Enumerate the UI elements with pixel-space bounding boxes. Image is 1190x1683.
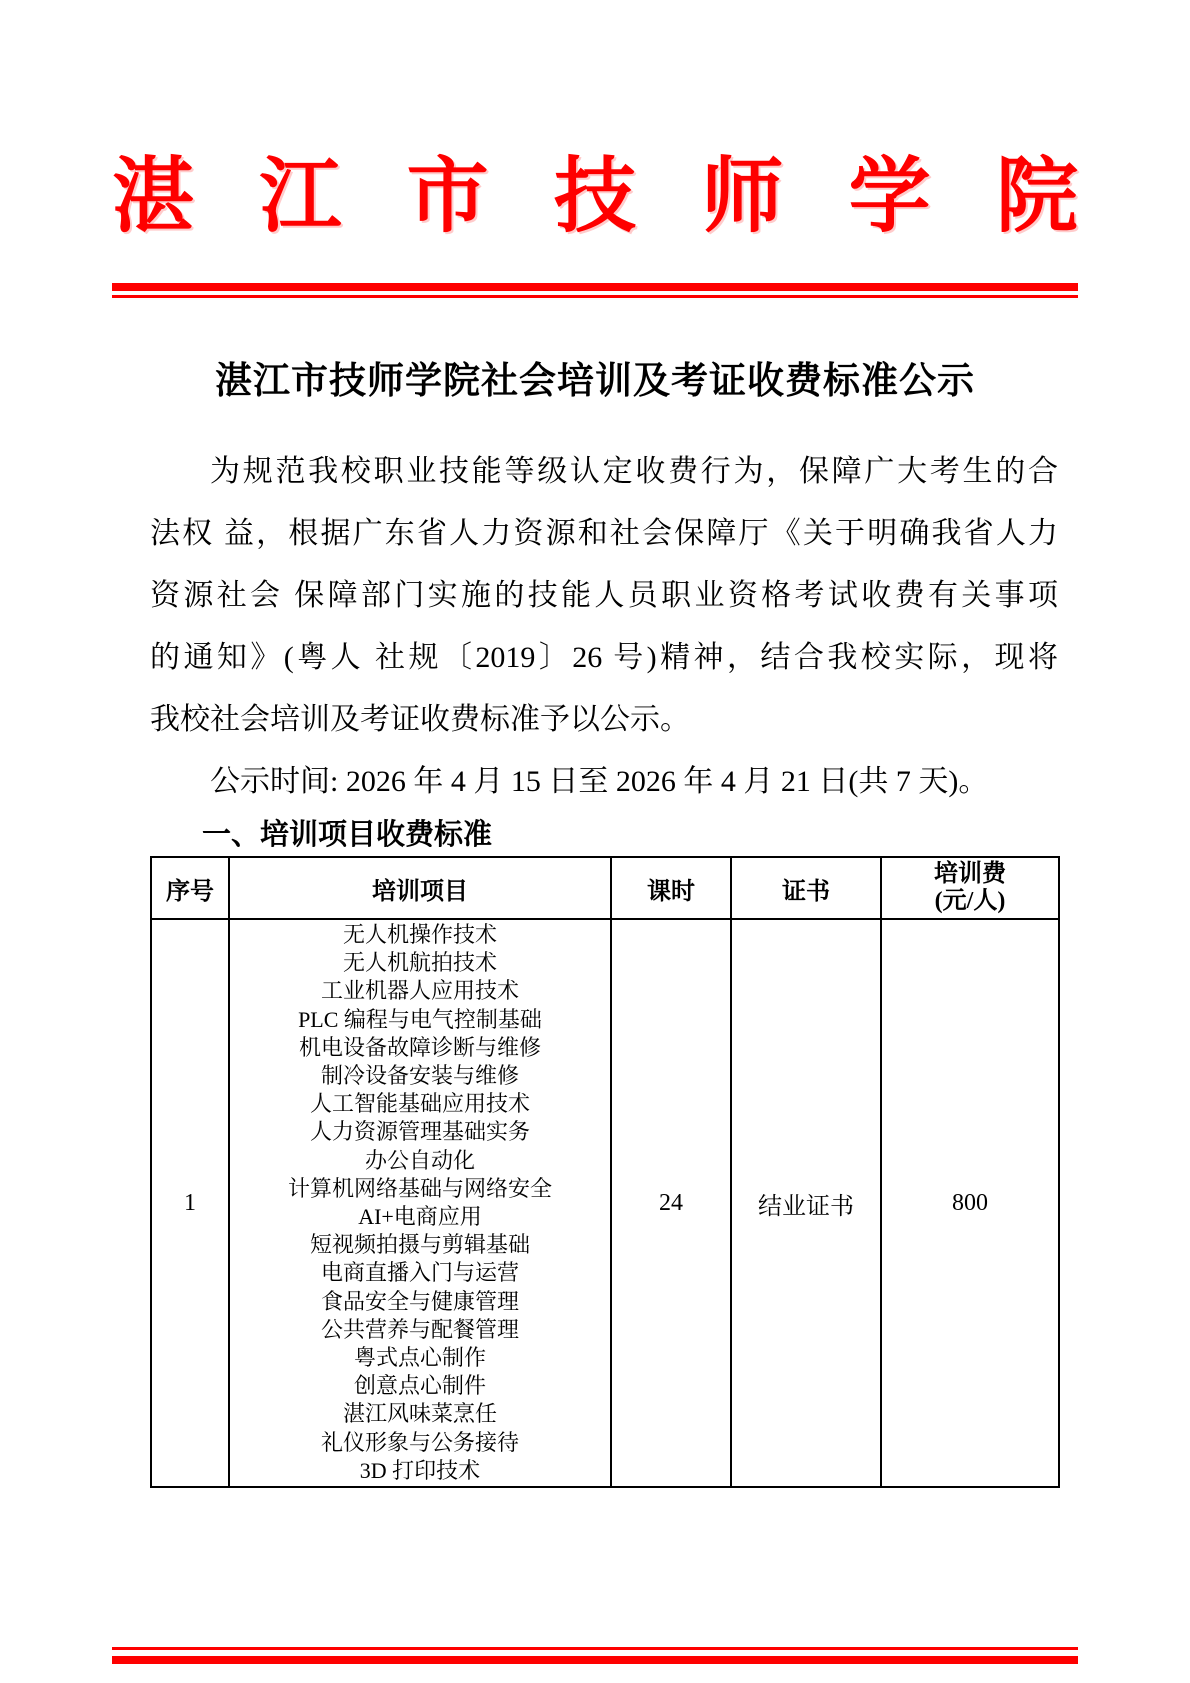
table-header-row: 序号 培训项目 课时 证书 培训费 (元/人): [151, 857, 1059, 919]
body-paragraph: 为规范我校职业技能等级认定收费行为，保障广大考生的合 法权 益，根据广东省人力资…: [150, 441, 1058, 813]
paragraph-line: 资源社会 保障部门实施的技能人员职业资格考试收费有关事项: [150, 565, 1058, 627]
training-item: 粤式点心制作: [230, 1344, 610, 1372]
publication-period-line: 公示时间: 2026 年 4 月 15 日至 2026 年 4 月 21 日(共…: [150, 751, 1058, 813]
paragraph-line: 为规范我校职业技能等级认定收费行为，保障广大考生的合: [150, 441, 1058, 503]
row-projects-cell: 无人机操作技术无人机航拍技术工业机器人应用技术PLC 编程与电气控制基础机电设备…: [229, 919, 611, 1487]
row-hours: 24: [611, 919, 731, 1487]
paragraph-line: 我校社会培训及考证收费标准予以公示。: [150, 689, 1058, 751]
header-certificate: 证书: [731, 857, 881, 919]
training-item: 湛江风味菜烹任: [230, 1400, 610, 1428]
training-item: AI+电商应用: [230, 1203, 610, 1231]
header-rule-thin: [112, 295, 1078, 298]
training-item: PLC 编程与电气控制基础: [230, 1006, 610, 1034]
header-fee: 培训费 (元/人): [881, 857, 1059, 919]
training-item: 电商直播入门与运营: [230, 1259, 610, 1287]
paragraph-line: 的通知》(粤人 社规〔2019〕26 号)精神，结合我校实际，现将: [150, 627, 1058, 689]
training-item: 礼仪形象与公务接待: [230, 1429, 610, 1457]
training-item: 制冷设备安装与维修: [230, 1062, 610, 1090]
footer-divider: [112, 1647, 1078, 1664]
table-row: 1 无人机操作技术无人机航拍技术工业机器人应用技术PLC 编程与电气控制基础机电…: [151, 919, 1059, 1487]
training-fee-table: 序号 培训项目 课时 证书 培训费 (元/人) 1 无人机操作技术无人机航拍技术…: [150, 856, 1060, 1488]
section-heading: 一、培训项目收费标准: [202, 812, 492, 853]
training-item: 短视频拍摄与剪辑基础: [230, 1231, 610, 1259]
training-item: 办公自动化: [230, 1147, 610, 1175]
header-hours: 课时: [611, 857, 731, 919]
row-no: 1: [151, 919, 229, 1487]
training-item: 工业机器人应用技术: [230, 977, 610, 1005]
footer-rule-thick: [112, 1656, 1078, 1664]
header-project: 培训项目: [229, 857, 611, 919]
training-item: 3D 打印技术: [230, 1457, 610, 1485]
row-certificate: 结业证书: [731, 919, 881, 1487]
header-rule-thick: [112, 283, 1078, 291]
header-no: 序号: [151, 857, 229, 919]
document-title: 湛江市技师学院社会培训及考证收费标准公示: [0, 350, 1190, 404]
header-divider: [112, 283, 1078, 298]
training-item: 计算机网络基础与网络安全: [230, 1175, 610, 1203]
institution-name: 湛 江 市 技 师 学 院: [112, 146, 1078, 249]
training-item: 无人机航拍技术: [230, 949, 610, 977]
paragraph-line: 法权 益，根据广东省人力资源和社会保障厅《关于明确我省人力: [150, 503, 1058, 565]
training-item: 无人机操作技术: [230, 921, 610, 949]
training-item: 机电设备故障诊断与维修: [230, 1034, 610, 1062]
training-item: 公共营养与配餐管理: [230, 1316, 610, 1344]
training-item: 创意点心制件: [230, 1372, 610, 1400]
training-item: 人力资源管理基础实务: [230, 1118, 610, 1146]
training-item: 食品安全与健康管理: [230, 1288, 610, 1316]
row-fee: 800: [881, 919, 1059, 1487]
training-item: 人工智能基础应用技术: [230, 1090, 610, 1118]
document-page: 湛 江 市 技 师 学 院 湛江市技师学院社会培训及考证收费标准公示 为规范我校…: [0, 0, 1190, 1683]
project-list: 无人机操作技术无人机航拍技术工业机器人应用技术PLC 编程与电气控制基础机电设备…: [230, 920, 610, 1486]
